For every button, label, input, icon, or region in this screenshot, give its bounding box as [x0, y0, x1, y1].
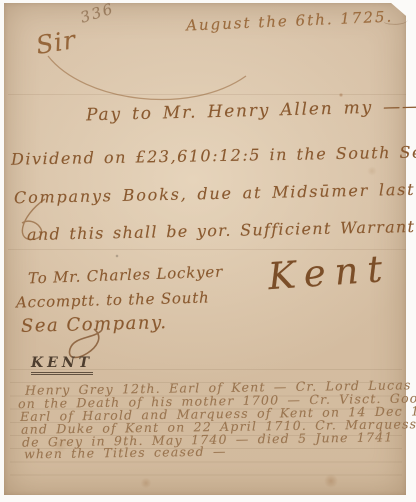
- annotation-line-6: when the Titles ceased —: [24, 444, 227, 462]
- signature-kent: Kent: [267, 247, 393, 298]
- manuscript-photo: 336 August the 6th. 1725. Sir Pay to Mr.…: [0, 0, 416, 502]
- address-line-3: Sea Company.: [21, 312, 168, 337]
- salutation: Sir: [34, 25, 78, 60]
- fold-crease: [8, 94, 406, 95]
- annotation-heading: KENT: [31, 355, 93, 375]
